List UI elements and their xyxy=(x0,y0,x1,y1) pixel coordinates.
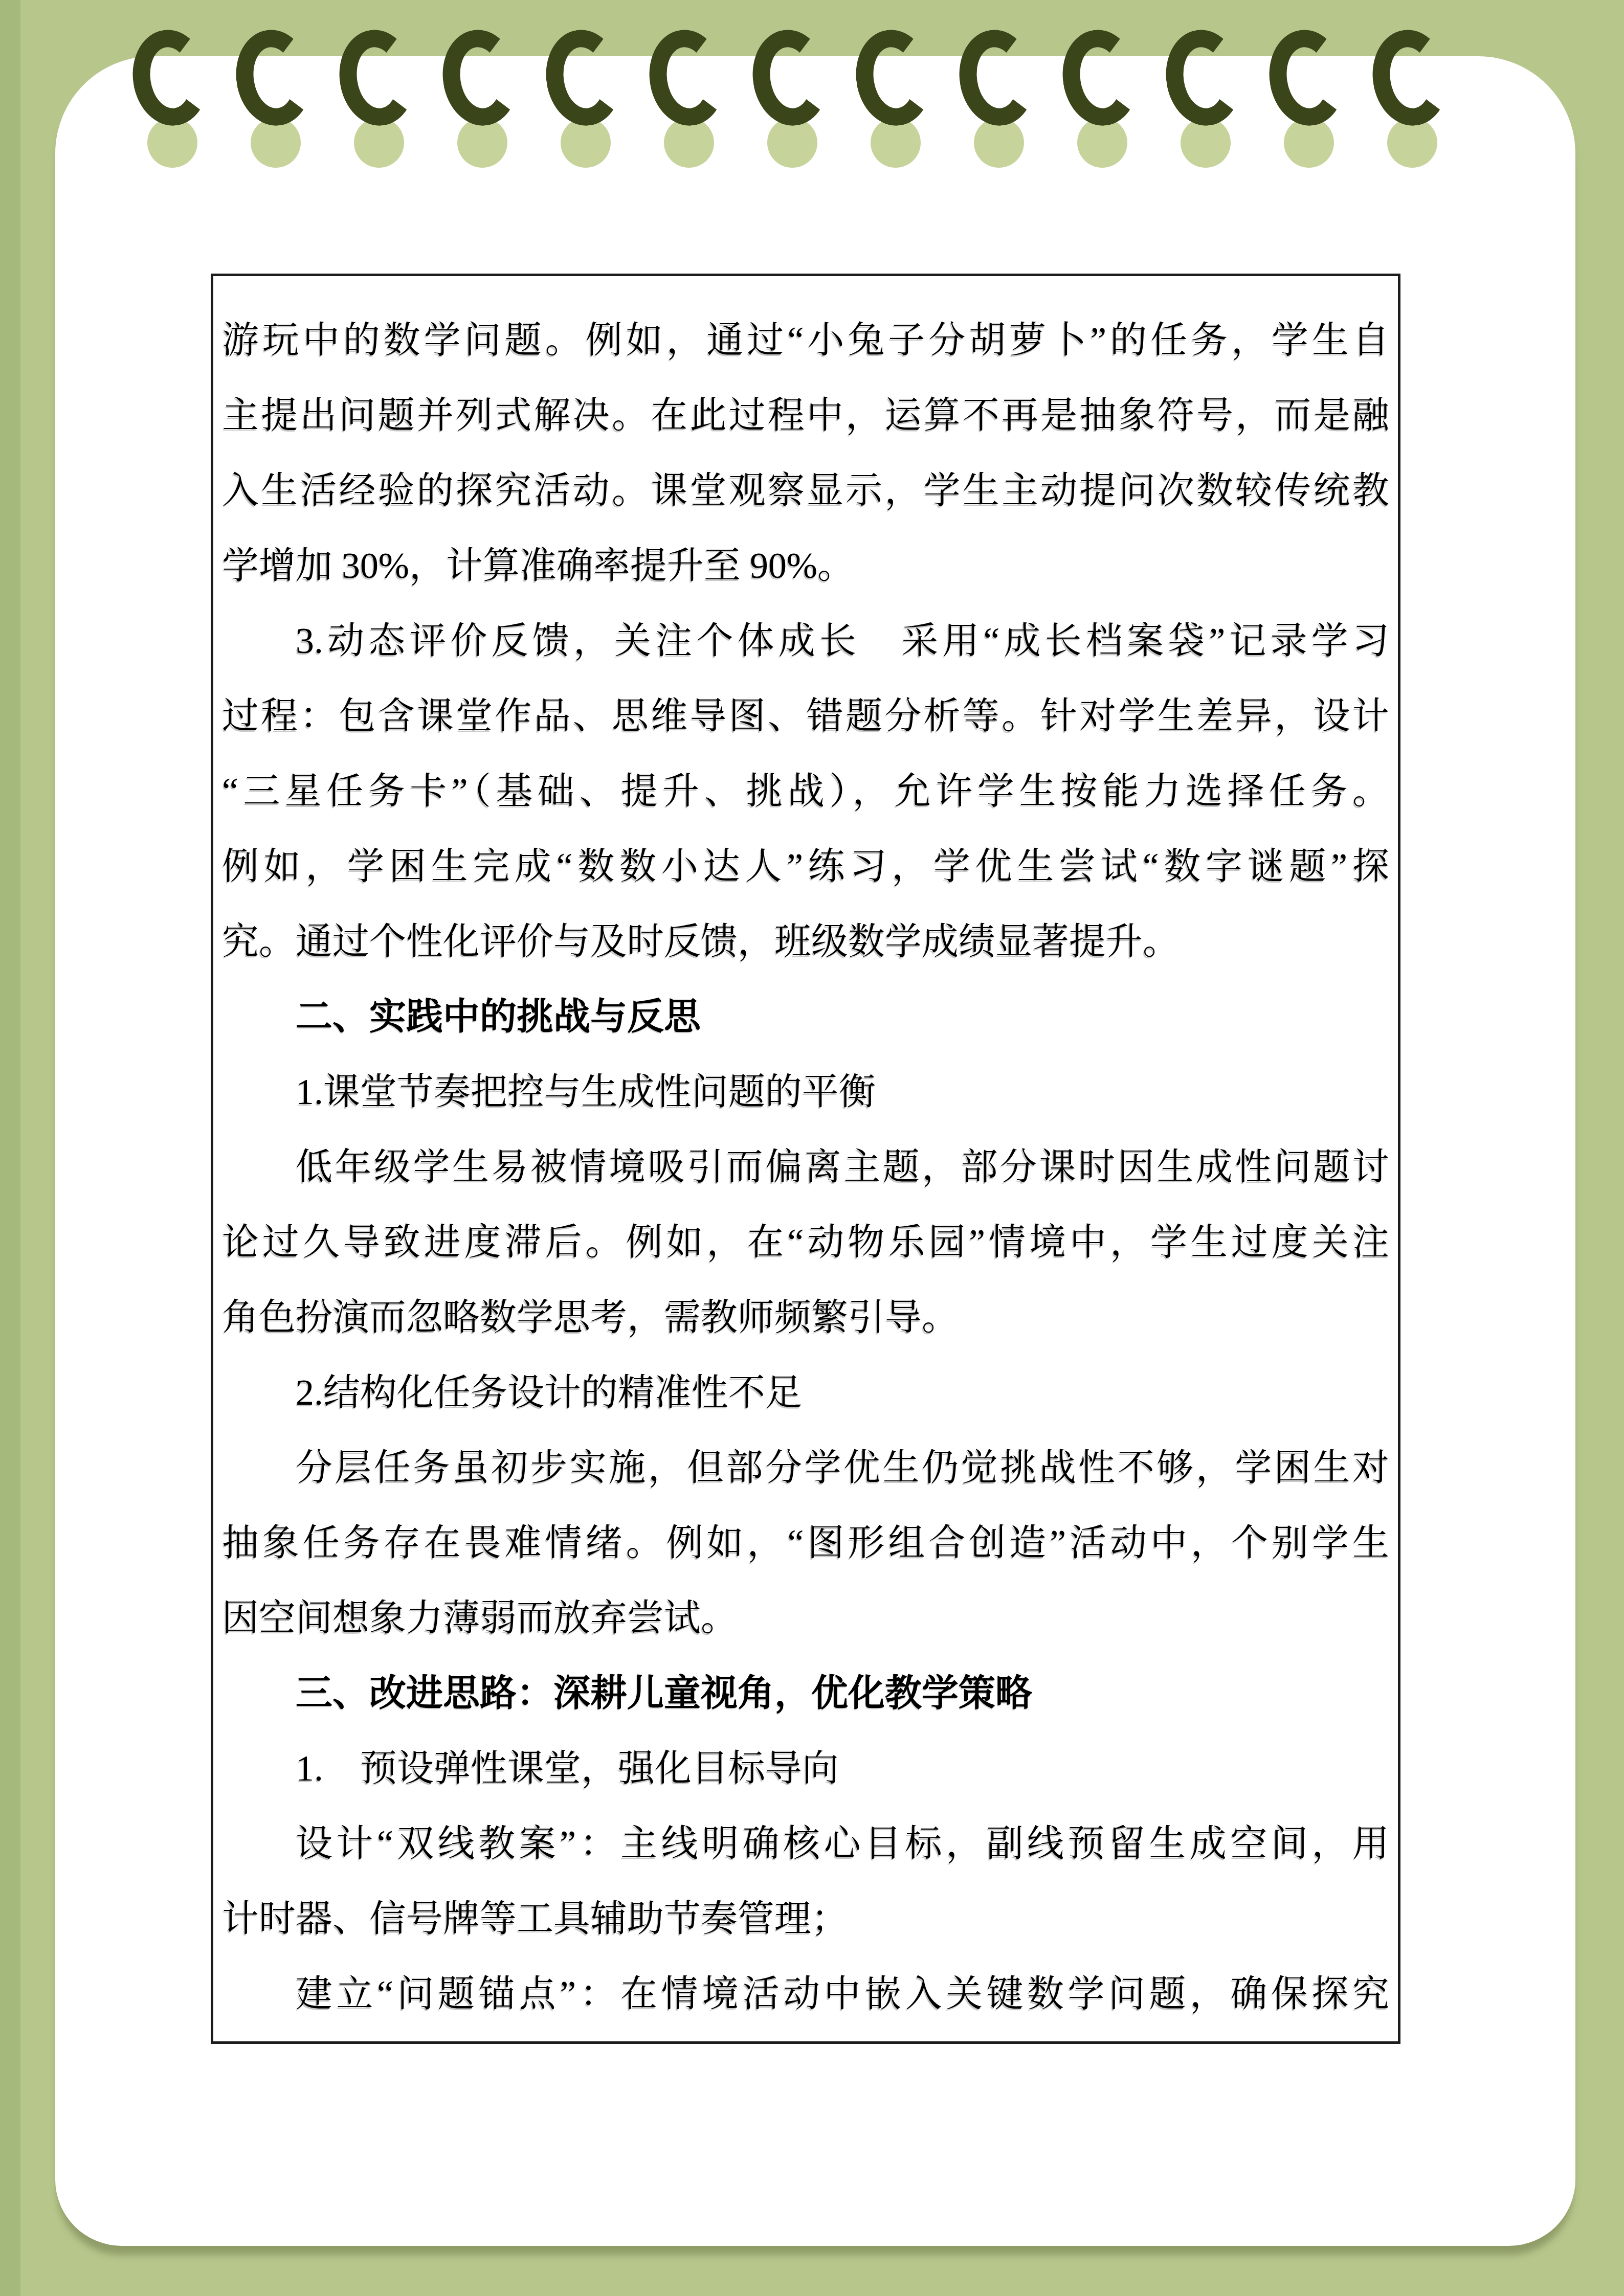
ring-wire-icon xyxy=(643,25,731,130)
text-line: 论过久导致进度滞后。例如，在“动物乐园”情境中，学生过度关注 xyxy=(222,1205,1389,1280)
text-line: 学增加 30%，计算准确率提升至 90%。 xyxy=(222,528,1389,603)
spiral-ring-icon xyxy=(960,30,1034,178)
text-line: 低年级学生易被情境吸引而偏离主题，部分课时因生成性问题讨 xyxy=(222,1130,1389,1205)
spiral-ring-icon xyxy=(133,30,208,178)
text-line: “三星任务卡”（基础、提升、挑战），允许学生按能力选择任务。 xyxy=(222,754,1389,829)
section-heading: 二、实践中的挑战与反思 xyxy=(222,979,1389,1054)
text-line: 分层任务虽初步实施，但部分学优生仍觉挑战性不够，学困生对 xyxy=(222,1430,1389,1505)
text-line: 2.结构化任务设计的精准性不足 xyxy=(222,1355,1389,1430)
spiral-ring-icon xyxy=(236,30,311,178)
text-line: 1. 预设弹性课堂，强化目标导向 xyxy=(222,1731,1389,1806)
text-line: 过程：包含课堂作品、思维导图、错题分析等。针对学生差异，设计 xyxy=(222,679,1389,754)
ring-wire-icon xyxy=(1160,25,1248,130)
section-heading: 三、改进思路：深耕儿童视角，优化教学策略 xyxy=(222,1656,1389,1731)
spiral-ring-icon xyxy=(856,30,931,178)
document-text-box: 游玩中的数学问题。例如，通过“小兔子分胡萝卜”的任务，学生自主提出问题并列式解决… xyxy=(211,274,1400,2044)
spiral-ring-icon xyxy=(340,30,414,178)
text-line: 究。通过个性化评价与及时反馈，班级数学成绩显著提升。 xyxy=(222,904,1389,979)
spiral-ring-icon xyxy=(753,30,828,178)
spiral-ring-icon xyxy=(1063,30,1138,178)
spiral-ring-icon xyxy=(443,30,518,178)
ring-wire-icon xyxy=(1057,25,1144,130)
ring-wire-icon xyxy=(747,25,834,130)
spiral-ring-icon xyxy=(546,30,621,178)
spiral-ring-icon xyxy=(650,30,724,178)
ring-wire-icon xyxy=(953,25,1041,130)
ring-wire-icon xyxy=(437,25,524,130)
text-line: 抽象任务存在畏难情绪。例如，“图形组合创造”活动中，个别学生 xyxy=(222,1505,1389,1581)
text-line: 建立“问题锚点”：在情境活动中嵌入关键数学问题，确保探究 xyxy=(222,1956,1389,2032)
text-line: 因空间想象力薄弱而放弃尝试。 xyxy=(222,1581,1389,1656)
ring-wire-icon xyxy=(540,25,628,130)
text-line: 1.课堂节奏把控与生成性问题的平衡 xyxy=(222,1054,1389,1130)
spiral-binding xyxy=(133,30,1448,178)
ring-wire-icon xyxy=(127,25,214,130)
text-line: 例如，学困生完成“数数小达人”练习，学优生尝试“数字谜题”探 xyxy=(222,829,1389,904)
spiral-ring-icon xyxy=(1270,30,1344,178)
text-line: 入生活经验的探究活动。课堂观察显示，学生主动提问次数较传统教 xyxy=(222,453,1389,528)
spiral-ring-icon xyxy=(1373,30,1448,178)
ring-wire-icon xyxy=(850,25,938,130)
text-line: 角色扮演而忽略数学思考，需教师频繁引导。 xyxy=(222,1280,1389,1355)
backdrop-edge-band xyxy=(0,0,20,2296)
ring-wire-icon xyxy=(230,25,318,130)
ring-wire-icon xyxy=(1263,25,1351,130)
ring-wire-icon xyxy=(1367,25,1454,130)
spiral-ring-icon xyxy=(1166,30,1241,178)
text-line: 设计“双线教案”：主线明确核心目标，副线预留生成空间，用 xyxy=(222,1806,1389,1881)
ring-wire-icon xyxy=(333,25,421,130)
text-line: 主提出问题并列式解决。在此过程中，运算不再是抽象符号，而是融 xyxy=(222,378,1389,453)
text-line: 3.动态评价反馈，关注个体成长 采用“成长档案袋”记录学习 xyxy=(222,603,1389,679)
screen: 游玩中的数学问题。例如，通过“小兔子分胡萝卜”的任务，学生自主提出问题并列式解决… xyxy=(0,0,1624,2296)
text-line: 计时器、信号牌等工具辅助节奏管理； xyxy=(222,1881,1389,1956)
text-line: 游玩中的数学问题。例如，通过“小兔子分胡萝卜”的任务，学生自 xyxy=(222,303,1389,378)
